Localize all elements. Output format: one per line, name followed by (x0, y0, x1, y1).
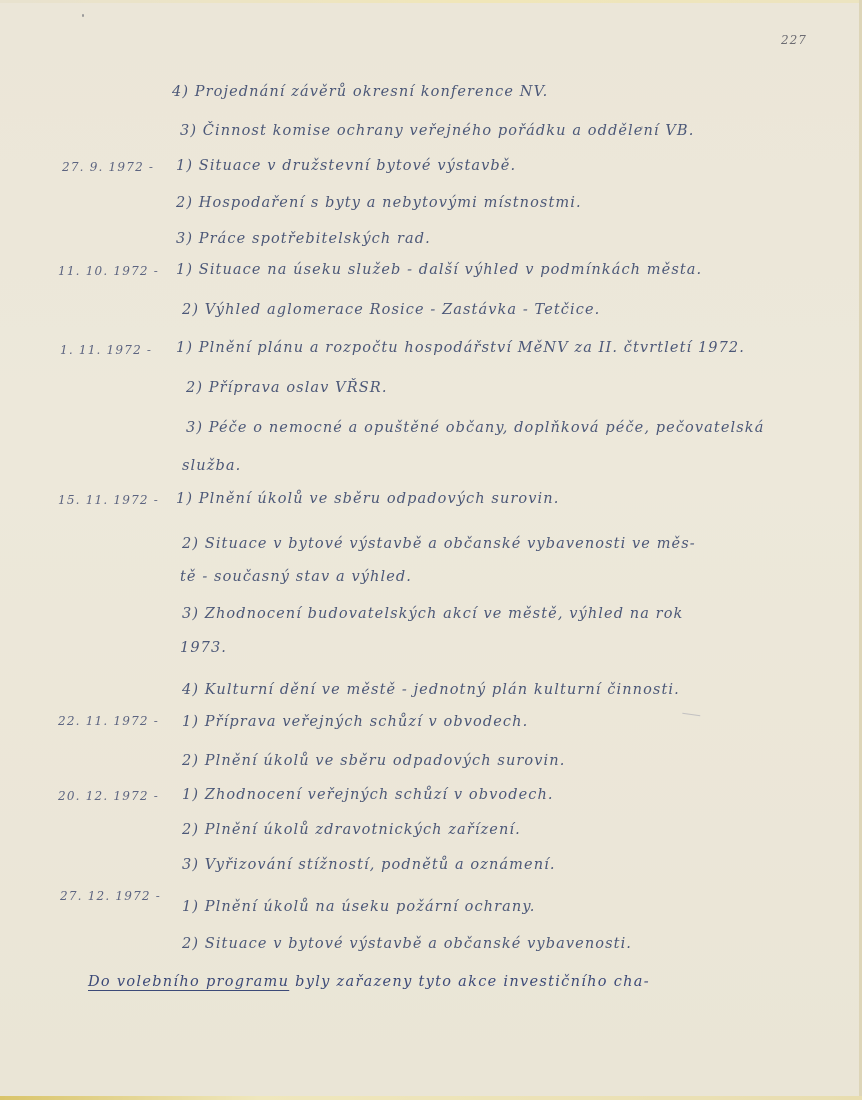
entry-date: 20. 12. 1972 - (58, 789, 159, 803)
agenda-item: 1) Situace v družstevní bytové výstavbě. (176, 158, 516, 174)
agenda-item: 2) Příprava oslav VŘSR. (186, 380, 388, 396)
agenda-item: 1) Plnění úkolů ve sběru odpadových suro… (176, 491, 559, 507)
entry-date: 22. 11. 1972 - (58, 714, 159, 728)
closing-text: byly zařazeny tyto akce investičního cha… (289, 974, 650, 990)
agenda-item: 3) Činnost komise ochrany veřejného pořá… (180, 123, 694, 139)
agenda-item: 3) Vyřizování stížností, podnětů a oznám… (182, 857, 556, 873)
document-page: 227 4) Projednání závěrů okresní konfere… (0, 0, 862, 1100)
agenda-item: 1) Plnění plánu a rozpočtu hospodářství … (176, 340, 745, 356)
agenda-item: 2) Situace v bytové výstavbě a občanské … (182, 936, 632, 952)
agenda-item: 4) Projednání závěrů okresní konference … (172, 84, 548, 100)
agenda-item: 1) Plnění úkolů na úseku požární ochrany… (182, 899, 535, 915)
agenda-item: 3) Péče o nemocné a opuštěné občany, dop… (186, 420, 764, 436)
agenda-item: 3) Práce spotřebitelských rad. (176, 231, 431, 247)
entry-date: 1. 11. 1972 - (60, 343, 152, 357)
agenda-item: 2) Plnění úkolů zdravotnických zařízení. (182, 822, 521, 838)
agenda-item: tě - současný stav a výhled. (180, 569, 412, 585)
agenda-item: 2) Plnění úkolů ve sběru odpadových suro… (182, 753, 565, 769)
page-top-edge (0, 0, 862, 3)
agenda-item: 1) Situace na úseku služeb - další výhle… (176, 262, 702, 278)
agenda-item: 2) Výhled aglomerace Rosice - Zastávka -… (182, 302, 600, 318)
agenda-item: 1) Zhodnocení veřejných schůzí v obvodec… (182, 787, 554, 803)
entry-date: 27. 12. 1972 - (60, 889, 161, 903)
page-bottom-edge (0, 1096, 862, 1100)
entry-date: 11. 10. 1972 - (58, 264, 159, 278)
entry-date: 15. 11. 1972 - (58, 493, 159, 507)
closing-paragraph: Do volebního programu byly zařazeny tyto… (88, 974, 650, 990)
agenda-item: 1) Příprava veřejných schůzí v obvodech. (182, 714, 528, 730)
agenda-item: 2) Hospodaření s byty a nebytovými místn… (176, 195, 582, 211)
paper-speck (82, 14, 84, 17)
agenda-item: 4) Kulturní dění ve městě - jednotný plá… (182, 682, 680, 698)
closing-heading-underlined: Do volebního programu (88, 974, 289, 990)
agenda-item: služba. (182, 458, 241, 474)
entry-date: 27. 9. 1972 - (62, 160, 154, 174)
agenda-item: 3) Zhodnocení budovatelských akcí ve měs… (182, 606, 683, 622)
agenda-item: 1973. (180, 640, 227, 656)
agenda-item: 2) Situace v bytové výstavbě a občanské … (182, 536, 696, 552)
pencil-mark (682, 713, 701, 720)
page-number: 227 (781, 33, 807, 47)
